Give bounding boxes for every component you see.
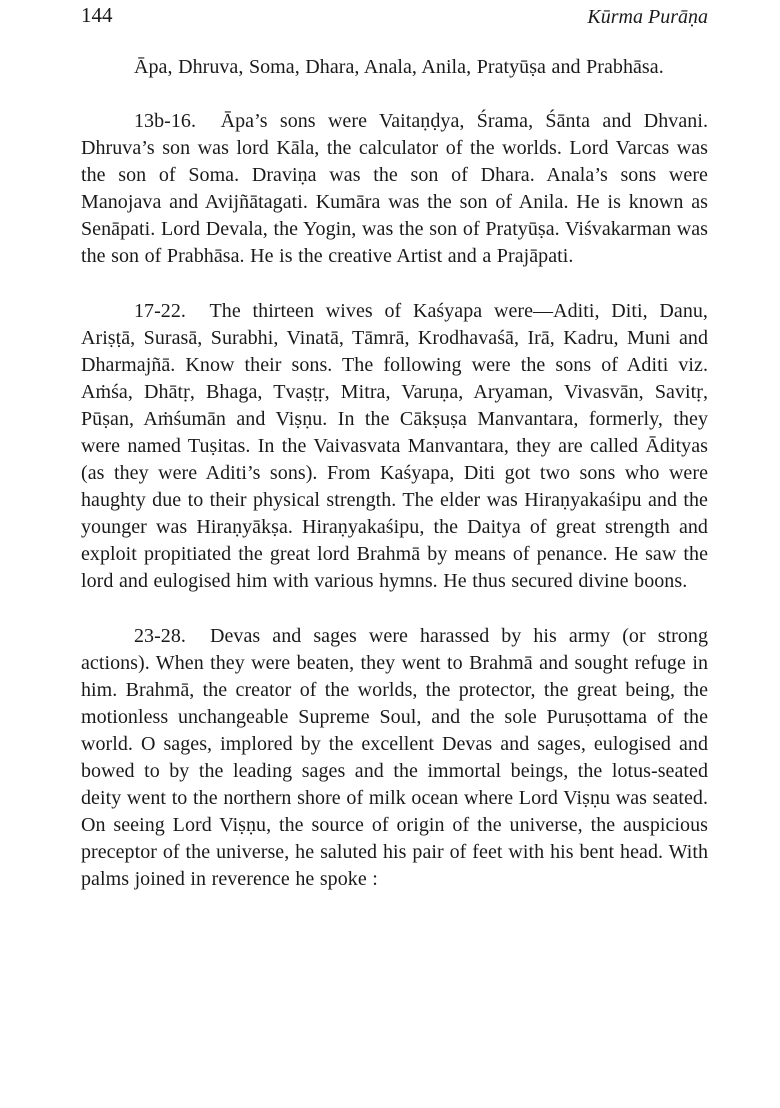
book-title: Kūrma Purāṇa [587, 6, 708, 29]
verse-reference: 23-28. [134, 625, 186, 647]
paragraph-text: Āpa, Dhruva, Soma, Dhara, Anala, Anila, … [134, 56, 664, 78]
paragraph-verse-17-22: 17-22. The thirteen wives of Kaśyapa wer… [81, 298, 708, 595]
verse-reference: 13b-16. [134, 110, 196, 132]
paragraph-text: Āpa’s sons were Vaitaṇḍya, Śrama, Śānta … [81, 110, 708, 267]
paragraph-text: The thirteen wives of Kaśyapa were—Aditi… [81, 300, 708, 592]
paragraph-verse-23-28: 23-28. Devas and sages were harassed by … [81, 623, 708, 893]
paragraph-verse-13b-16: 13b-16. Āpa’s sons were Vaitaṇḍya, Śrama… [81, 108, 708, 270]
running-header: 144 Kūrma Purāṇa [81, 0, 708, 40]
book-page: 144 Kūrma Purāṇa Āpa, Dhruva, Soma, Dhar… [81, 0, 708, 893]
paragraph-text: Devas and sages were harassed by his arm… [81, 625, 708, 890]
page-number: 144 [81, 3, 113, 28]
paragraph-intro: Āpa, Dhruva, Soma, Dhara, Anala, Anila, … [81, 54, 708, 81]
verse-reference: 17-22. [134, 300, 186, 322]
